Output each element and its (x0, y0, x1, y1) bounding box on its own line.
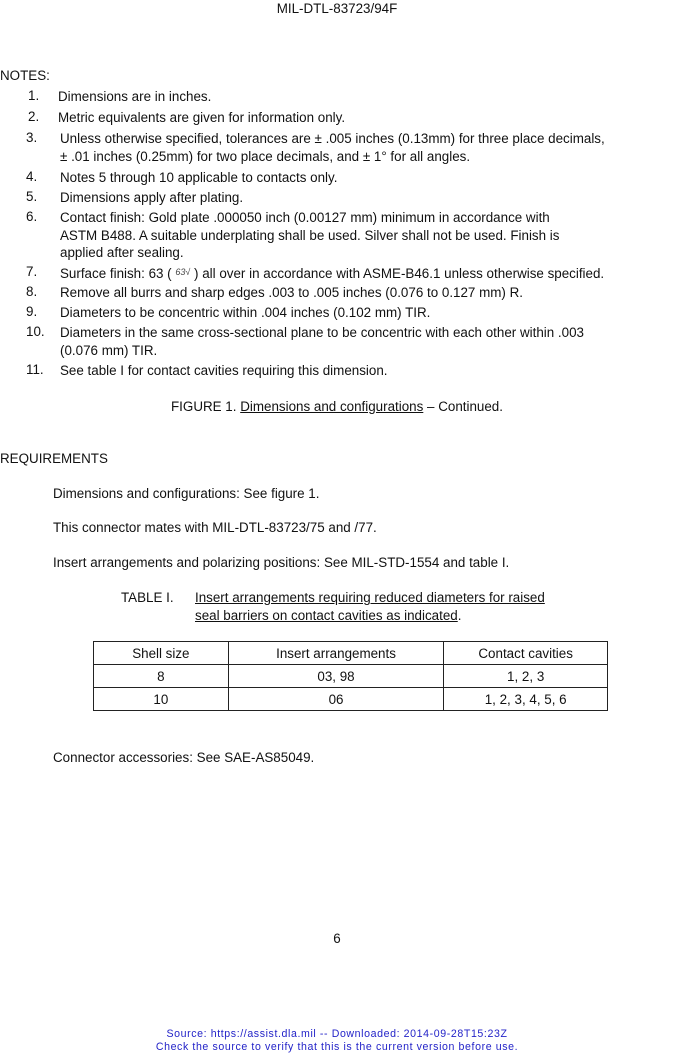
table-title-line: seal barriers on contact cavities as ind… (195, 607, 461, 625)
note-text-line: (0.076 mm) TIR. (60, 342, 157, 360)
table-header-cell: Contact cavities (444, 642, 608, 665)
requirements-paragraph: Insert arrangements and polarizing posit… (53, 555, 509, 570)
note-text: Metric equivalents are given for informa… (58, 109, 345, 127)
accessories-paragraph: Connector accessories: See SAE-AS85049. (53, 750, 314, 765)
note-text: Surface finish: 63 ( 63√ ) all over in a… (60, 264, 604, 283)
figure-suffix: – Continued. (423, 399, 503, 414)
note-text-post: ) all over in accordance with ASME-B46.1… (190, 266, 604, 281)
table-title-suffix: . (458, 608, 462, 623)
note-number: 11. (26, 362, 44, 377)
table-cell: 1, 2, 3 (444, 665, 608, 688)
table-row: 10 06 1, 2, 3, 4, 5, 6 (94, 688, 608, 711)
note-number: 9. (26, 304, 37, 319)
requirements-paragraph: This connector mates with MIL-DTL-83723/… (53, 520, 377, 535)
note-text: Dimensions are in inches. (58, 88, 211, 106)
note-number: 10. (26, 324, 45, 339)
table-title-text: seal barriers on contact cavities as ind… (195, 608, 458, 623)
note-text-line: Contact finish: Gold plate .000050 inch … (60, 209, 550, 227)
note-text: Diameters to be concentric within .004 i… (60, 304, 430, 322)
table-title-line: Insert arrangements requiring reduced di… (195, 589, 545, 607)
note-text: Dimensions apply after plating. (60, 189, 243, 207)
note-number: 3. (26, 130, 37, 145)
insert-arrangements-table: Shell size Insert arrangements Contact c… (93, 641, 608, 711)
document-id-header: MIL-DTL-83723/94F (0, 1, 674, 16)
table-header-row: Shell size Insert arrangements Contact c… (94, 642, 608, 665)
table-cell: 1, 2, 3, 4, 5, 6 (444, 688, 608, 711)
note-number: 4. (26, 169, 37, 184)
note-text: Notes 5 through 10 applicable to contact… (60, 169, 337, 187)
table-cell: 8 (94, 665, 229, 688)
table-cell: 03, 98 (228, 665, 444, 688)
note-number: 5. (26, 189, 37, 204)
source-line: Source: https://assist.dla.mil -- Downlo… (0, 1028, 674, 1040)
note-text: See table I for contact cavities requiri… (60, 362, 388, 380)
figure-label: FIGURE 1. (171, 399, 240, 414)
note-number: 1. (28, 88, 39, 103)
note-text-line: applied after sealing. (60, 244, 184, 262)
table-label: TABLE I. (121, 589, 174, 607)
table-row: 8 03, 98 1, 2, 3 (94, 665, 608, 688)
table-cell: 06 (228, 688, 444, 711)
verify-line: Check the source to verify that this is … (0, 1041, 674, 1053)
page-number: 6 (0, 931, 674, 946)
requirements-heading: REQUIREMENTS (0, 451, 108, 466)
note-text-line: ASTM B488. A suitable underplating shall… (60, 227, 559, 245)
note-text-pre: Surface finish: 63 ( (60, 266, 175, 281)
table-header-cell: Insert arrangements (228, 642, 444, 665)
note-number: 2. (28, 109, 39, 124)
requirements-paragraph: Dimensions and configurations: See figur… (53, 486, 319, 501)
notes-heading: NOTES: (0, 68, 50, 83)
surface-finish-symbol-icon: 63√ (175, 264, 190, 282)
note-number: 6. (26, 209, 37, 224)
note-number: 8. (26, 284, 37, 299)
table-cell: 10 (94, 688, 229, 711)
note-text: Remove all burrs and sharp edges .003 to… (60, 284, 523, 302)
table-header-cell: Shell size (94, 642, 229, 665)
figure-caption: FIGURE 1. Dimensions and configurations … (0, 399, 674, 414)
note-text-line: ± .01 inches (0.25mm) for two place deci… (60, 148, 470, 166)
note-text-line: Unless otherwise specified, tolerances a… (60, 130, 605, 148)
note-number: 7. (26, 264, 37, 279)
figure-title: Dimensions and configurations (240, 399, 423, 414)
note-text-line: Diameters in the same cross-sectional pl… (60, 324, 584, 342)
